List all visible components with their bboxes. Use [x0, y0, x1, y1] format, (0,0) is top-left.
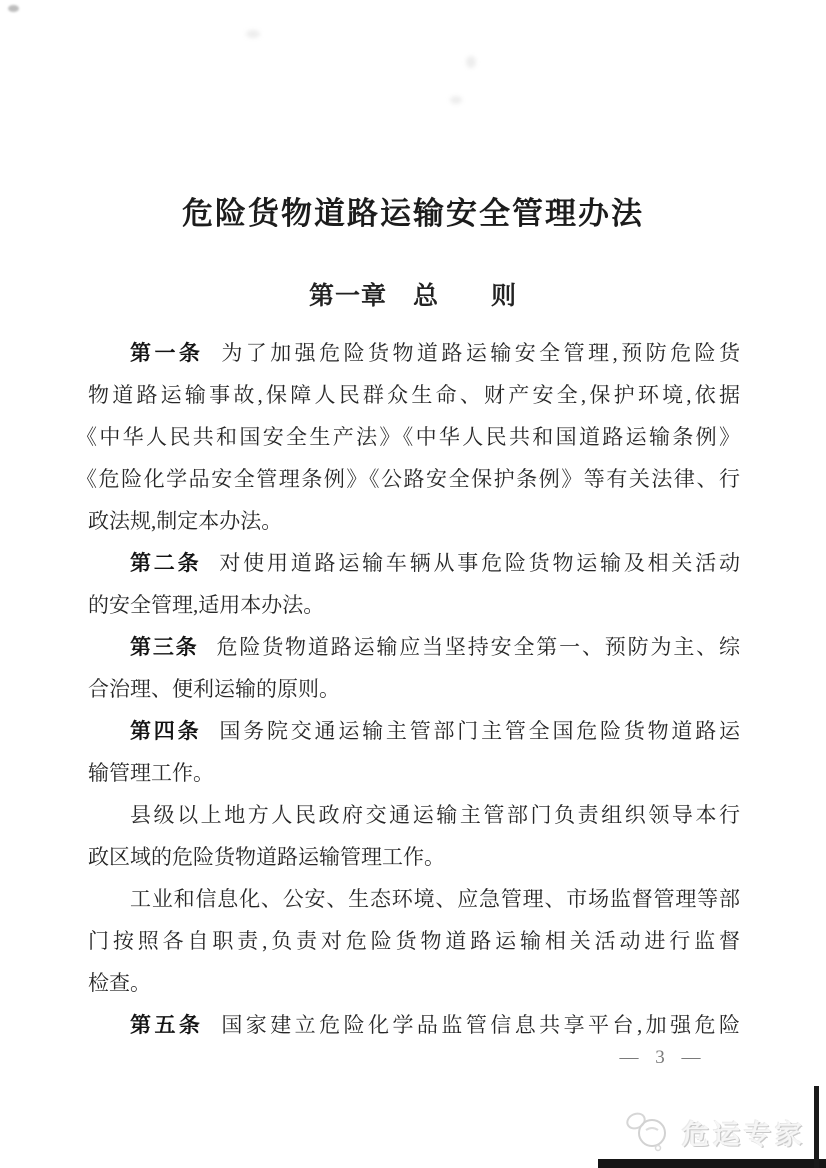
chapter-heading: 第一章 总 则 — [0, 276, 826, 312]
text-line: 的安全管理,适用本办法。 — [88, 584, 740, 626]
scan-artifact-smudge — [466, 56, 476, 68]
text-line: 门按照各自职责,负责对危险货物道路运输相关活动进行监督 — [88, 920, 740, 962]
scan-artifact-smudge — [246, 30, 260, 38]
article-number: 第一条 — [130, 342, 203, 365]
scan-edge-right — [814, 1086, 819, 1168]
text-line: 第三条危险货物道路运输应当坚持安全第一、预防为主、综 — [88, 626, 740, 668]
article-number: 第三条 — [130, 636, 199, 659]
text-line: 检查。 — [88, 962, 740, 1004]
scan-artifact-top-left — [8, 5, 19, 12]
text-line: 政区域的危险货物道路运输管理工作。 — [88, 836, 740, 878]
text-line: 合治理、便利运输的原则。 — [88, 668, 740, 710]
scan-artifact-smudge — [450, 96, 462, 104]
text-line: 《中华人民共和国安全生产法》《中华人民共和国道路运输条例》 — [76, 416, 740, 458]
article-number: 第二条 — [130, 552, 201, 575]
article-number: 第四条 — [130, 720, 201, 743]
text-line: 第五条国家建立危险化学品监管信息共享平台,加强危险 — [88, 1004, 740, 1046]
text-line: 政法规,制定本办法。 — [88, 500, 740, 542]
scan-edge-bottom — [598, 1159, 826, 1168]
text-line: 第一条为了加强危险货物道路运输安全管理,预防危险货 — [88, 332, 740, 374]
document-body: 第一条为了加强危险货物道路运输安全管理,预防危险货物道路运输事故,保障人民群众生… — [88, 332, 740, 1046]
text-line: 物道路运输事故,保障人民群众生命、财产安全,保护环境,依据 — [88, 374, 740, 416]
document-page: 危险货物道路运输安全管理办法 第一章 总 则 第一条为了加强危险货物道路运输安全… — [0, 0, 826, 1168]
document-title: 危险货物道路运输安全管理办法 — [0, 188, 826, 233]
text-line: 工业和信息化、公安、生态环境、应急管理、市场监督管理等部 — [88, 878, 740, 920]
text-line: 输管理工作。 — [88, 752, 740, 794]
brand-name: 危运专家 — [682, 1113, 806, 1152]
brand-watermark: 危运专家 — [625, 1108, 806, 1157]
brand-mascot-icon — [625, 1108, 673, 1157]
text-line: 第四条国务院交通运输主管部门主管全国危险货物道路运 — [88, 710, 740, 752]
text-line: 第二条对使用道路运输车辆从事危险货物运输及相关活动 — [88, 542, 740, 584]
text-line: 县级以上地方人民政府交通运输主管部门负责组织领导本行 — [88, 794, 740, 836]
page-number: — 3 — — [585, 1047, 735, 1069]
text-line: 《危险化学品安全管理条例》《公路安全保护条例》等有关法律、行 — [76, 458, 740, 500]
article-number: 第五条 — [130, 1014, 203, 1037]
